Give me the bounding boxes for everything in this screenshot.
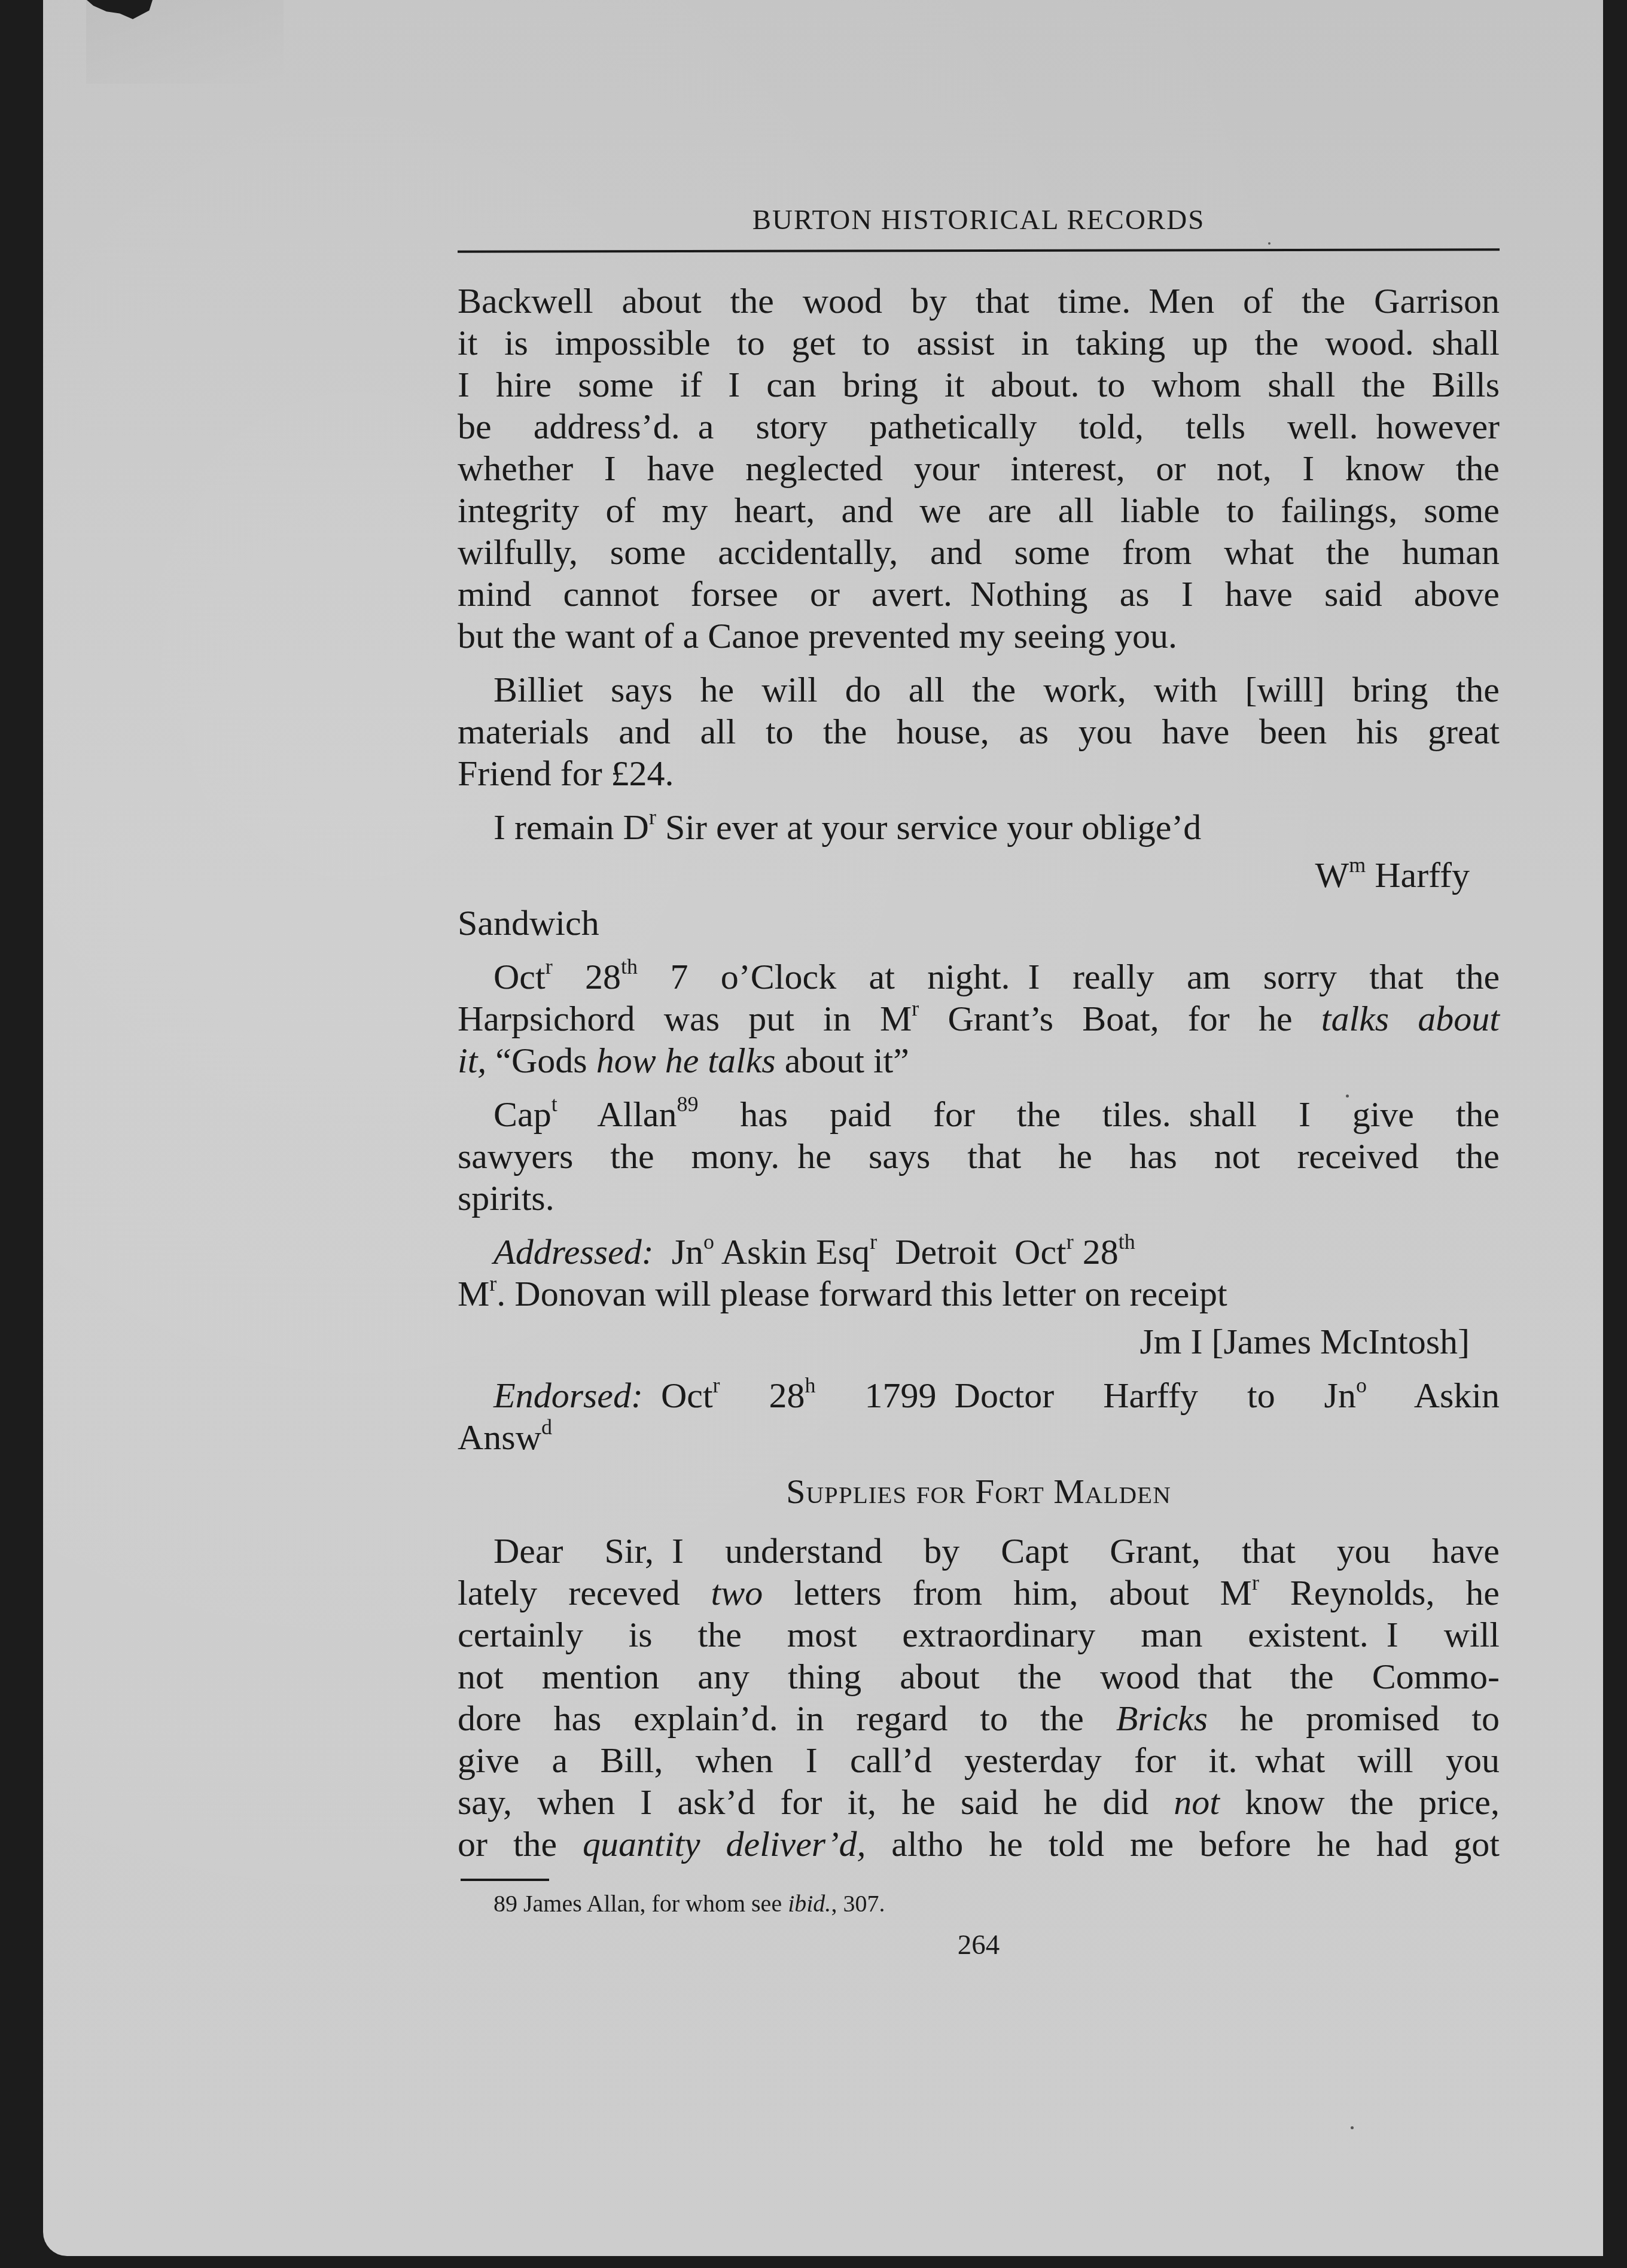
text-run: Reynolds, he (1259, 1573, 1500, 1612)
superscript: r (870, 1230, 877, 1254)
text-line: spirits. (458, 1176, 1500, 1220)
text-run: Dear Sir, I understand by Capt Grant, th… (493, 1531, 1500, 1571)
superscript: th (1119, 1230, 1135, 1254)
text-line: Dear Sir, I understand by Capt Grant, th… (458, 1529, 1500, 1572)
text-run: . Donovan will please forward this lette… (496, 1274, 1227, 1313)
text-run: but the want of a Canoe prevented my see… (458, 616, 1177, 656)
text-line: Mr. Donovan will please forward this let… (458, 1272, 1500, 1315)
text-run: know the price, (1220, 1782, 1500, 1822)
text-run: “Gods (486, 1041, 596, 1080)
text-line: give a Bill, when I call’d yesterday for… (458, 1739, 1500, 1782)
italic-text: how he talks (596, 1041, 776, 1080)
text-run: Oct (643, 1376, 713, 1415)
superscript: o (703, 1230, 714, 1254)
text-run: Askin Esq (714, 1232, 870, 1272)
text-run: whether I have neglected your interest, … (458, 449, 1500, 488)
text-run: dore has explain’d. in regard to the (458, 1699, 1116, 1738)
text-run: Supplies for Fort Malden (786, 1472, 1171, 1511)
superscript: 89 (677, 1092, 698, 1116)
text-run: letters from him, about M (763, 1573, 1252, 1612)
superscript: r (713, 1373, 720, 1397)
text-run: lately receved (458, 1573, 711, 1612)
text-line: Addressed: Jno Askin Esqr Detroit Octr 2… (458, 1230, 1500, 1273)
footnote-89: 89 James Allan, for whom see ibid., 307. (493, 1889, 885, 1919)
italic-text: Addressed: (493, 1232, 654, 1272)
text-line: Wm Harffy (458, 853, 1500, 897)
text-line: be address’d. a story pathetically told,… (458, 405, 1500, 448)
text-line: mind cannot forsee or avert. Nothing as … (458, 572, 1500, 615)
text-line: but the want of a Canoe prevented my see… (458, 614, 1500, 657)
text-line: Harpsichord was put in Mr Grant’s Boat, … (458, 997, 1500, 1040)
text-line: Sandwich (458, 901, 1500, 944)
text-run: sawyers the mony. he says that he has no… (458, 1136, 1500, 1176)
text-run: Askin (1367, 1376, 1500, 1415)
text-run: Friend for £24. (458, 754, 674, 793)
italic-text: Bricks (1116, 1699, 1208, 1738)
text-line: I hire some if I can bring it about. to … (458, 363, 1500, 406)
text-run: 28 (720, 1376, 805, 1415)
text-line: sawyers the mony. he says that he has no… (458, 1135, 1500, 1178)
superscript: t (552, 1092, 557, 1116)
italic-text: ibid. (788, 1890, 831, 1917)
text-line: certainly is the most extraordinary man … (458, 1613, 1500, 1656)
text-run: give a Bill, when I call’d yesterday for… (458, 1740, 1500, 1780)
italic-text: not (1174, 1782, 1220, 1822)
text-run: wilfully, some accidentally, and some fr… (458, 532, 1500, 572)
text-run: I hire some if I can bring it about. to … (458, 365, 1500, 404)
text-run: 1799 Doctor Harffy to Jn (816, 1376, 1356, 1415)
text-line: it is impossible to get to assist in tak… (458, 321, 1500, 364)
text-run: Harpsichord was put in M (458, 999, 912, 1038)
text-line: or the quantity deliver’d, altho he told… (458, 1822, 1500, 1865)
text-run: altho he told me before he had got (866, 1824, 1500, 1864)
text-run: 7 o’Clock at night. I really am sorry th… (638, 957, 1500, 996)
superscript: r (546, 955, 553, 978)
text-line: I remain Dr Sir ever at your service you… (458, 806, 1500, 849)
text-run: 28 (553, 957, 621, 996)
text-run: Billiet says he will do all the work, wi… (493, 670, 1500, 709)
superscript: m (1349, 853, 1366, 877)
text-run: W (1315, 855, 1349, 895)
text-run: mind cannot forsee or avert. Nothing as … (458, 574, 1500, 614)
superscript: r (649, 805, 656, 829)
superscript: th (621, 955, 638, 978)
text-line: Capt Allan89 has paid for the tiles. sha… (458, 1093, 1500, 1136)
text-run: about it” (776, 1041, 909, 1080)
section-heading-text: Supplies for Fort Malden (786, 1472, 1171, 1511)
superscript: o (1356, 1373, 1367, 1397)
text-line: materials and all to the house, as you h… (458, 710, 1500, 753)
text-run: be address’d. a story pathetically told,… (458, 407, 1500, 446)
text-run: Oct (493, 957, 546, 996)
text-run: Sir ever at your service your oblige’d (656, 807, 1201, 847)
text-line: lately receved two letters from him, abo… (458, 1571, 1500, 1614)
text-run: it is impossible to get to assist in tak… (458, 323, 1500, 362)
paper-speck (1351, 2126, 1354, 2129)
text-line: Billiet says he will do all the work, wi… (458, 668, 1500, 711)
italic-text: quantity deliver’d, (583, 1824, 866, 1864)
text-run: has paid for the tiles. shall I give the (698, 1095, 1500, 1134)
italic-text: two (711, 1573, 763, 1612)
text-run: Sandwich (458, 903, 599, 943)
superscript: d (541, 1415, 552, 1439)
text-line: dore has explain’d. in regard to the Bri… (458, 1697, 1500, 1740)
text-run: Jn (654, 1232, 703, 1272)
footnote-rule (461, 1879, 549, 1881)
section-heading: Supplies for Fort Malden (458, 1470, 1500, 1513)
text-run: 28 (1074, 1232, 1119, 1272)
text-run: 89 James Allan, for whom see (493, 1890, 788, 1917)
text-run: Cap (493, 1095, 552, 1134)
text-line: say, when I ask’d for it, he said he did… (458, 1781, 1500, 1824)
text-run: not mention any thing about the wood tha… (458, 1657, 1500, 1696)
italic-text: Endorsed: (493, 1376, 643, 1415)
text-run: spirits. (458, 1178, 554, 1218)
text-run: certainly is the most extraordinary man … (458, 1615, 1500, 1654)
text-run: he promised to (1208, 1699, 1500, 1738)
paper-speck (1268, 242, 1270, 245)
text-run: Jm I [James McIntosh] (1139, 1322, 1470, 1361)
text-run: or the (458, 1824, 583, 1864)
running-head: BURTON HISTORICAL RECORDS (458, 202, 1500, 238)
text-line: Endorsed: Octr 28h 1799 Doctor Harffy to… (458, 1374, 1500, 1417)
text-run: materials and all to the house, as you h… (458, 712, 1500, 751)
page-number: 264 (458, 1927, 1500, 1963)
text-run: integrity of my heart, and we are all li… (458, 490, 1500, 530)
text-line: not mention any thing about the wood tha… (458, 1655, 1500, 1698)
text-line: integrity of my heart, and we are all li… (458, 489, 1500, 532)
superscript: r (1067, 1230, 1074, 1254)
text-line: whether I have neglected your interest, … (458, 447, 1500, 490)
superscript: r (1252, 1571, 1259, 1595)
text-line: Octr 28th 7 o’Clock at night. I really a… (458, 955, 1500, 998)
italic-text: talks about (1321, 999, 1500, 1038)
text-line: it, “Gods how he talks about it” (458, 1039, 1500, 1082)
text-run: say, when I ask’d for it, he said he did (458, 1782, 1174, 1822)
text-run: Backwell about the wood by that time. Me… (458, 281, 1500, 321)
text-run: Detroit Oct (877, 1232, 1067, 1272)
superscript: h (805, 1373, 816, 1397)
superscript: r (489, 1272, 496, 1295)
text-run: Answ (458, 1417, 541, 1457)
text-run: , 307. (831, 1890, 885, 1917)
paper-speck (1346, 1095, 1349, 1098)
text-line: Jm I [James McIntosh] (458, 1320, 1500, 1363)
text-run: Grant’s Boat, for he (919, 999, 1321, 1038)
text-line: Answd (458, 1416, 1500, 1459)
text-run: I remain D (493, 807, 649, 847)
text-run: Harffy (1366, 855, 1470, 895)
text-line: Backwell about the wood by that time. Me… (458, 279, 1500, 322)
text-line: wilfully, some accidentally, and some fr… (458, 531, 1500, 574)
text-line: Friend for £24. (458, 752, 1500, 795)
superscript: r (912, 996, 919, 1020)
text-run: Allan (557, 1095, 677, 1134)
text-run: M (458, 1274, 489, 1313)
italic-text: it, (458, 1041, 486, 1080)
